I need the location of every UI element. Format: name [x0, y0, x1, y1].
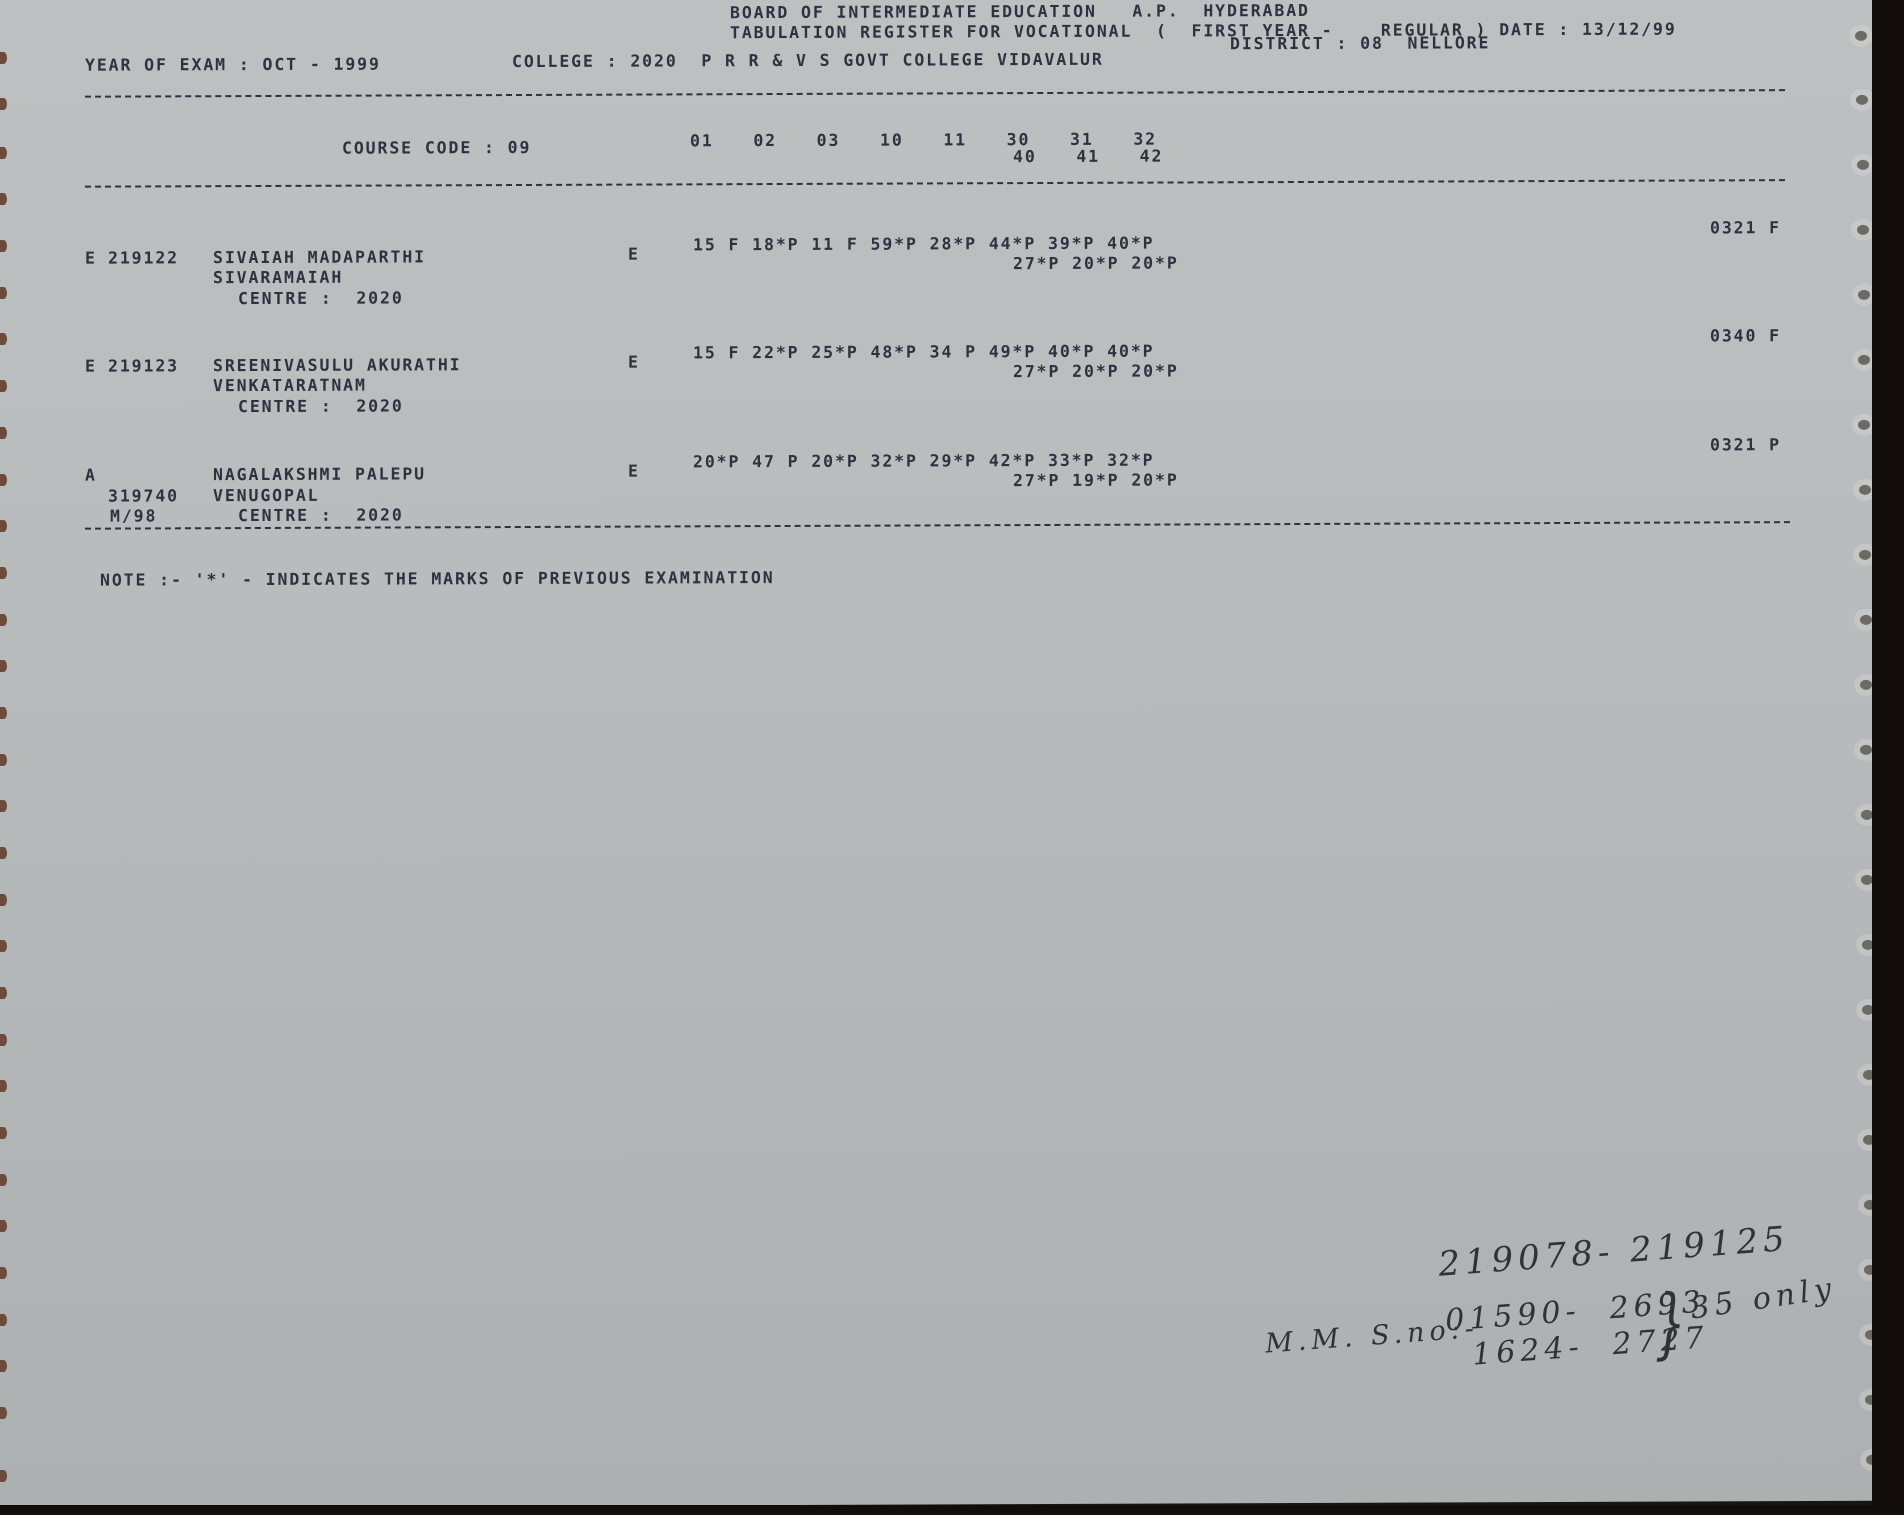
column-header-divider [85, 179, 1785, 188]
binding-hole-icon [0, 567, 7, 579]
binding-hole-icon [0, 147, 7, 159]
marks-line2: 27*P 20*P 20*P [1013, 252, 1179, 274]
binding-hole-icon [0, 380, 7, 392]
binding-hole-icon [0, 520, 7, 532]
binding-hole-icon [0, 1174, 7, 1186]
centre-code: CENTRE : 2020 [238, 287, 404, 309]
binding-hole-icon [0, 1267, 7, 1279]
binding-hole-icon [0, 98, 7, 110]
binding-hole-icon [0, 474, 7, 486]
binding-hole-icon [0, 987, 7, 999]
binding-hole-icon [0, 660, 7, 672]
page-label: PAGE : [1565, 0, 1636, 3]
feed-hole-icon [1855, 31, 1867, 41]
feed-hole-icon [1858, 420, 1870, 430]
binding-hole-icon [0, 1360, 7, 1372]
footnote: NOTE :- '*' - INDICATES THE MARKS OF PRE… [100, 567, 775, 591]
feed-hole-icon [1860, 680, 1872, 690]
tabulation-register-sheet: BOARD OF INTERMEDIATE EDUCATION A.P. HYD… [0, 0, 1872, 1508]
feed-hole-icon [1858, 290, 1870, 300]
binding-hole-icon [0, 847, 7, 859]
marks-line2: 27*P 19*P 20*P [1013, 469, 1179, 491]
register-title: TABULATION REGISTER FOR VOCATIONAL ( FIR… [730, 19, 1677, 44]
feed-hole-icon [1858, 355, 1870, 365]
binding-hole-icon [0, 1034, 7, 1046]
feed-hole-icon [1860, 745, 1872, 755]
centre-code: CENTRE : 2020 [238, 504, 404, 526]
binding-hole-icon [0, 240, 7, 252]
feed-hole-icon [1857, 225, 1869, 235]
medium: E [628, 461, 640, 482]
roll-number: 319740 [108, 485, 179, 506]
parent-name: VENUGOPAL [213, 485, 320, 506]
feed-hole-icon [1859, 550, 1871, 560]
student-name: NAGALAKSHMI PALEPU [213, 463, 426, 485]
medium: E [628, 352, 640, 373]
student-name: SREENIVASULU AKURATHI [213, 354, 462, 376]
binding-hole-icon [0, 800, 7, 812]
binding-hole-icon [0, 333, 7, 345]
background-edge-bottom [0, 1505, 1904, 1515]
district-info: DISTRICT : 08 NELLORE [1230, 32, 1490, 54]
binding-hole-icon [0, 1127, 7, 1139]
marks-line2: 27*P 20*P 20*P [1013, 360, 1179, 382]
binding-hole-icon [0, 1407, 7, 1419]
binding-hole-icon [0, 1080, 7, 1092]
binding-hole-icon [0, 894, 7, 906]
year-of-exam: YEAR OF EXAM : OCT - 1999 [85, 54, 381, 76]
feed-hole-icon [1860, 615, 1872, 625]
feed-hole-icon [1857, 160, 1869, 170]
parent-name: VENKATARATNAM [213, 375, 367, 397]
binding-hole-icon [0, 707, 7, 719]
binding-hole-icon [0, 754, 7, 766]
binding-hole-icon [0, 1470, 7, 1482]
binding-hole-icon [0, 427, 7, 439]
record-prefix: A [85, 465, 97, 486]
handwritten-brace: } [1655, 1279, 1686, 1369]
roll-number: 219122 [108, 247, 179, 268]
handwritten-roll-range: 219078- 219125 [1437, 1219, 1791, 1285]
handwritten-count-note: 35 only [1688, 1271, 1838, 1327]
roll-number: 219123 [108, 355, 179, 376]
record-prefix: E [85, 356, 97, 377]
total-result: 0321 F [1710, 217, 1781, 238]
course-code: COURSE CODE : 09 [342, 137, 531, 159]
feed-hole-icon [1859, 485, 1871, 495]
centre-code: CENTRE : 2020 [238, 395, 404, 417]
student-name: SIVAIAH MADAPARTHI [213, 246, 426, 268]
record-prefix: E [85, 248, 97, 269]
page-number: 449 [1665, 0, 1701, 3]
binding-hole-icon [0, 52, 7, 64]
binding-hole-icon [0, 287, 7, 299]
binding-hole-icon [0, 614, 7, 626]
binding-hole-icon [0, 193, 7, 205]
binding-hole-icon [0, 940, 7, 952]
total-result: 0340 F [1710, 325, 1781, 346]
medium: E [628, 244, 640, 265]
previous-exam: M/98 [110, 505, 157, 526]
background-edge-right [1872, 0, 1904, 1515]
binding-hole-icon [0, 1314, 7, 1326]
binding-hole-icon [0, 1220, 7, 1232]
feed-hole-icon [1856, 95, 1868, 105]
parent-name: SIVARAMAIAH [213, 267, 343, 288]
subject-codes-row2: 40 41 42 [1013, 146, 1163, 168]
college-info: COLLEGE : 2020 P R R & V S GOVT COLLEGE … [512, 49, 1104, 72]
total-result: 0321 P [1710, 434, 1781, 455]
header-divider [85, 89, 1785, 98]
